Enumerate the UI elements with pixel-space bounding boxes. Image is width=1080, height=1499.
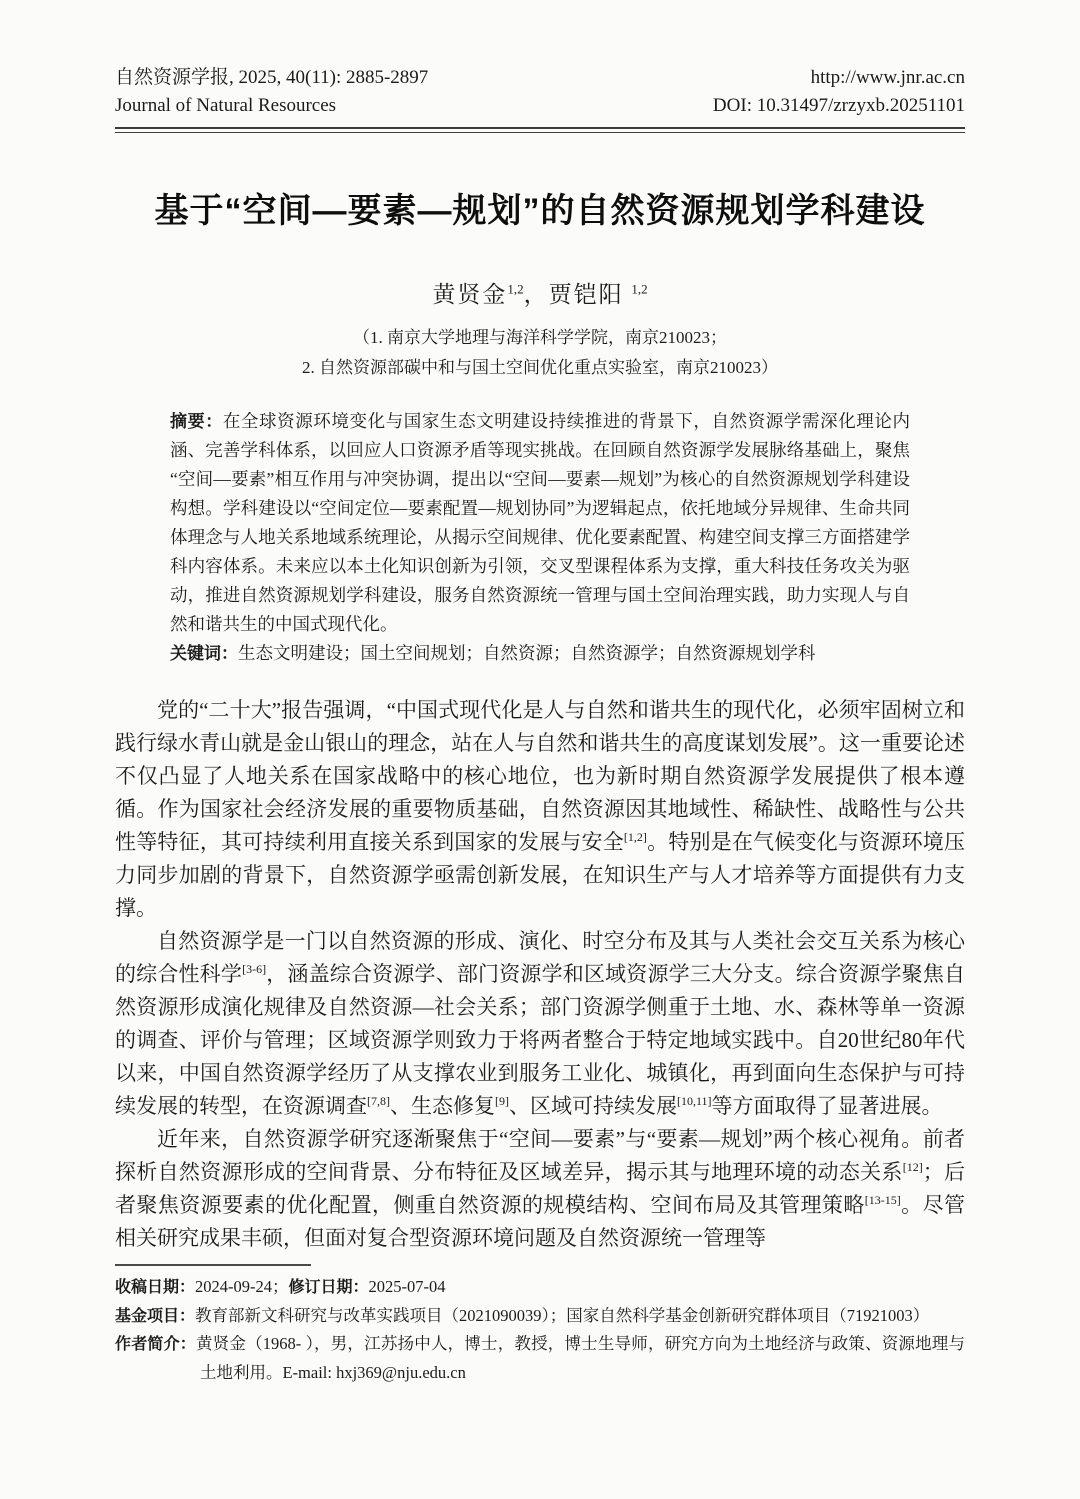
citation-superscript: [7,8] xyxy=(367,1094,390,1108)
author-name-2: 贾铠阳 xyxy=(549,282,624,307)
footnote-rule xyxy=(115,1264,311,1266)
body-paragraph-3: 近年来，自然资源学研究逐渐聚焦于“空间—要素”与“要素—规划”两个核心视角。前者… xyxy=(115,1123,965,1255)
citation-superscript: [12] xyxy=(903,1160,923,1174)
abstract-block: 摘要：在全球资源环境变化与国家生态文明建设持续推进的背景下，自然资源学需深化理论… xyxy=(170,407,910,668)
keywords-line: 关键词：生态文明建设；国土空间规划；自然资源；自然资源学；自然资源规划学科 xyxy=(170,639,910,668)
citation-superscript: [3-6] xyxy=(242,962,266,976)
journal-header: 自然资源学报, 2025, 40(11): 2885-2897 Journal … xyxy=(115,64,965,120)
author-line: 黄贤金1,2，贾铠阳 1,2 xyxy=(115,276,965,309)
keywords-text: 生态文明建设；国土空间规划；自然资源；自然资源学；自然资源规划学科 xyxy=(238,643,816,663)
author-affil-sup-2: 1,2 xyxy=(631,281,647,296)
body-text: 党的“二十大”报告强调，“中国式现代化是人与自然和谐共生的现代化，必须牢固树立和… xyxy=(115,694,965,1255)
paper-title: 基于“空间—要素—规划”的自然资源规划学科建设 xyxy=(115,183,965,232)
footnote-received-date: 收稿日期：2024-09-24；修订日期：2025-07-04 xyxy=(115,1273,965,1302)
header-double-rule xyxy=(115,127,965,133)
journal-website: http://www.jnr.ac.cn xyxy=(713,64,965,92)
journal-header-right: http://www.jnr.ac.cn DOI: 10.31497/zrzyx… xyxy=(713,64,965,120)
footnote-label: 作者简介： xyxy=(115,1336,196,1353)
journal-name-en: Journal of Natural Resources xyxy=(115,92,428,120)
footnote-block: 收稿日期：2024-09-24；修订日期：2025-07-04 基金项目：教育部… xyxy=(115,1273,965,1386)
author-separator: ， xyxy=(524,282,549,307)
author-affil-sup-1: 1,2 xyxy=(507,281,523,296)
footnote-funding: 基金项目：教育部新文科研究与改革实践项目（2021090039）；国家自然科学基… xyxy=(115,1302,965,1331)
citation-superscript: [1,2] xyxy=(624,830,647,844)
affiliations: （1. 南京大学地理与海洋科学学院，南京210023； 2. 自然资源部碳中和与… xyxy=(115,323,965,383)
abstract-label: 摘要： xyxy=(170,412,223,431)
journal-header-left: 自然资源学报, 2025, 40(11): 2885-2897 Journal … xyxy=(115,64,428,120)
body-paragraph-1: 党的“二十大”报告强调，“中国式现代化是人与自然和谐共生的现代化，必须牢固树立和… xyxy=(115,694,965,925)
citation-superscript: [10,11] xyxy=(677,1094,712,1108)
abstract-text: 在全球资源环境变化与国家生态文明建设持续推进的背景下，自然资源学需深化理论内涵、… xyxy=(170,411,910,634)
affiliation-line-1: （1. 南京大学地理与海洋科学学院，南京210023； xyxy=(115,323,965,353)
footnote-label: 收稿日期： xyxy=(115,1279,195,1296)
paper-page: 自然资源学报, 2025, 40(11): 2885-2897 Journal … xyxy=(0,0,1080,1499)
citation-superscript: [13-15] xyxy=(865,1193,901,1207)
citation-superscript: [9] xyxy=(495,1094,509,1108)
body-paragraph-2: 自然资源学是一门以自然资源的形成、演化、时空分布及其与人类社会交互关系为核心的综… xyxy=(115,925,965,1123)
abstract-paragraph: 摘要：在全球资源环境变化与国家生态文明建设持续推进的背景下，自然资源学需深化理论… xyxy=(170,407,910,639)
affiliation-line-2: 2. 自然资源部碳中和与国土空间优化重点实验室，南京210023） xyxy=(115,353,965,383)
footnote-label: 修订日期： xyxy=(289,1279,369,1296)
journal-citation-cn: 自然资源学报, 2025, 40(11): 2885-2897 xyxy=(115,64,428,92)
journal-doi: DOI: 10.31497/zrzyxb.20251101 xyxy=(713,92,965,120)
footnote-label: 基金项目： xyxy=(115,1308,195,1325)
footnote-author-bio: 作者简介：黄贤金（1968- ），男，江苏扬中人，博士，教授，博士生导师，研究方… xyxy=(115,1330,965,1386)
author-name-1: 黄贤金 xyxy=(432,282,507,307)
keywords-label: 关键词： xyxy=(170,644,238,663)
